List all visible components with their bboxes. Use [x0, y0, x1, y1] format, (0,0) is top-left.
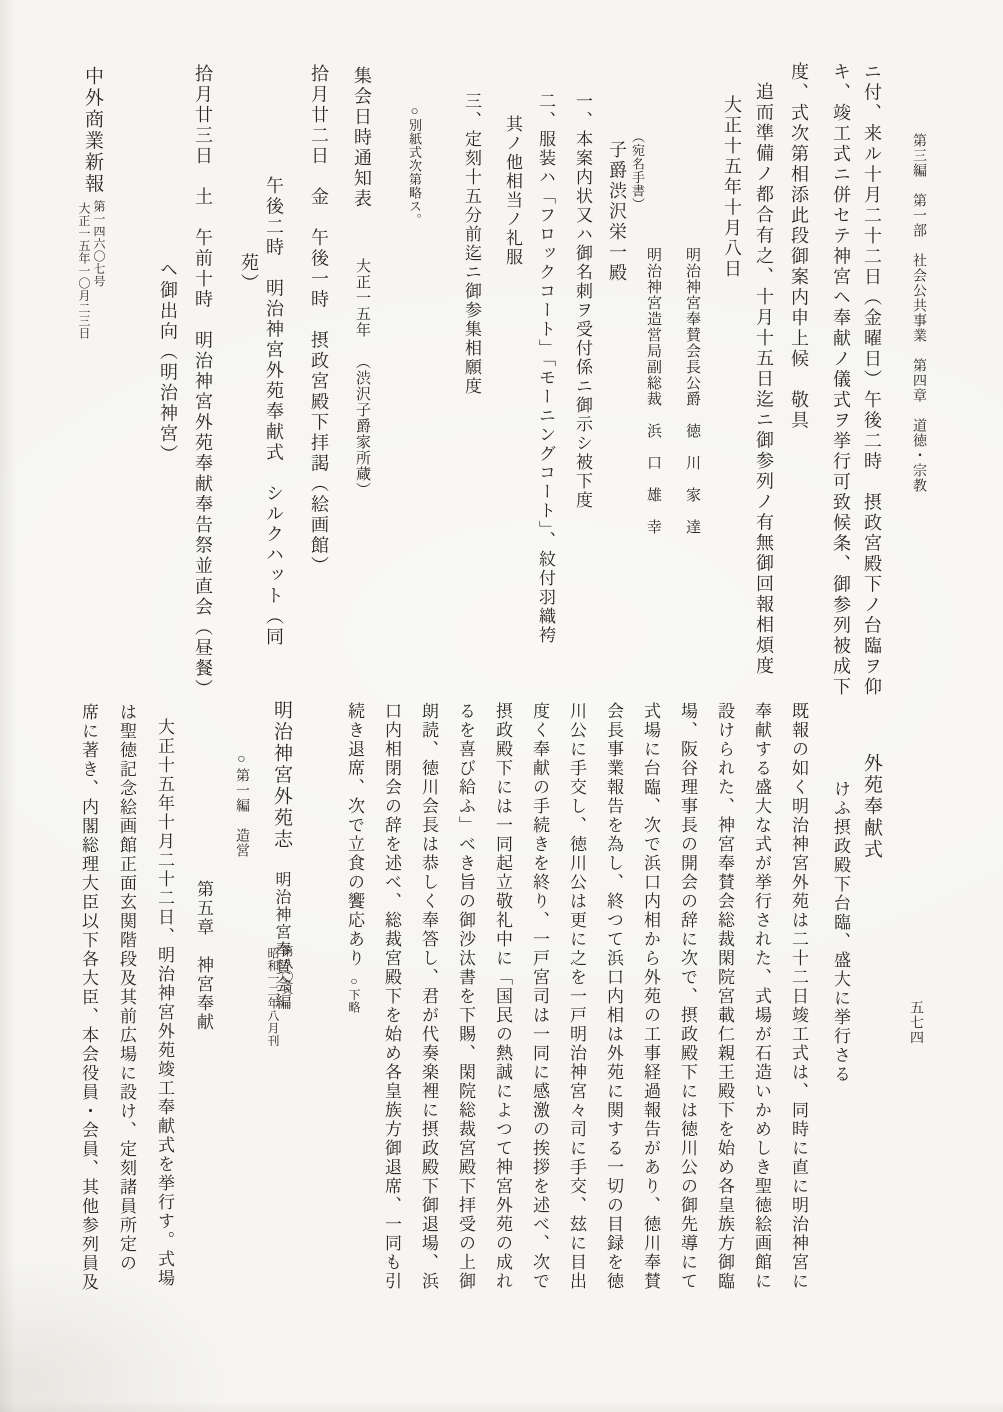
schedule-title-column: 集会日時通知表大正一五年（渋沢子爵家所蔵） — [352, 66, 371, 498]
article-body-line: 既報の如く明治神宮外苑は二十二日竣工式は、同時に直に明治神宮に — [789, 702, 807, 1291]
article-body-line: 摂政殿下には一同起立敬礼中に「国民の熱誠によつて神宮外苑の成れ — [493, 702, 511, 1291]
document-page: 第三編 第一部 社会公共事業 第四章 道徳・宗教 ニ付、来ル十月二十二日（金曜日… — [0, 0, 1003, 1412]
article-body-line: 設けられた、神宮奉賛会総裁閑院宮載仁親王殿下を始め各皇族方御臨 — [715, 702, 733, 1291]
schedule-year: 大正一五年 — [354, 258, 370, 338]
article-body-line: るを喜び給ふ」べき旨の御沙汰書を下賜、閑院総裁宮殿下拝受の上御 — [456, 702, 474, 1291]
book-title: 明治神宮外苑志 — [271, 700, 292, 851]
schedule-row: 拾月廿三日 土 午前十時 明治神宮外苑奉献奉告祭並直会（昼餐） — [193, 64, 212, 700]
addressee-note: （宛名手書） — [630, 130, 644, 211]
schedule-row: 拾月廿二日 金 午後一時 摂政宮殿下拝謁（絵画館） — [309, 64, 328, 577]
article-body-line: 奉献する盛大な式が挙行された、式場が石造いかめしき聖徳絵画館に — [752, 702, 770, 1291]
article-subtitle: けふ摂政殿下台臨、盛大に挙行さる — [831, 780, 849, 1084]
page-number: 五七四 — [908, 1000, 923, 1045]
schedule-row: 午後二時 明治神宮外苑奉献式 シルクハット（同 — [264, 176, 283, 648]
running-header: 第三編 第一部 社会公共事業 第四章 道徳・宗教 — [911, 133, 926, 493]
article-body-line: 朗読、徳川会長は恭しく奉答し、君が代奏楽裡に摂政殿下御退場、浜 — [419, 702, 437, 1291]
article-body-line: 度く奉献の手続きを終り、一戸宮司は一同に感激の挨拶を述べ、次で — [530, 702, 548, 1291]
invitation-body-line: 度、式次第相添此段御案内申上候 敬具 — [789, 62, 808, 431]
article-title: 外苑奉献式 — [860, 753, 881, 861]
article-end-note: ○下略 — [347, 974, 361, 1014]
book-body-line: は聖徳記念絵画館正面玄関階段及其前広場に設け、定刻諸員所定の — [117, 703, 135, 1273]
addressee-name: 子爵渋沢栄一殿 — [607, 140, 626, 284]
invitation-body-line: ニ付、来ル十月二十二日（金曜日）午後二時 摂政宮殿下ノ台臨ヲ仰 — [862, 62, 881, 698]
source-newspaper-date: 大正一五年一〇月二三日 — [77, 202, 90, 340]
invitation-note-line: 一、本案内状又ハ御名刺ヲ受付係ニ御示シ被下度 — [573, 92, 591, 510]
article-body-line: 式場に台臨、次で浜口内相から外苑の工事経過報告があり、徳川奉賛 — [641, 702, 659, 1291]
schedule-row-wrap: ヘ御出向（明治神宮） — [158, 260, 177, 465]
invitation-body-line: キ、竣工式ニ併セテ神宮ヘ奉献ノ儀式ヲ挙行可致候条、御参列被成下 — [831, 62, 850, 698]
article-body-last-line: 続き退席、次で立食の饗応あり○下略 — [345, 702, 363, 1014]
signature-hamaguchi: 明治神宮造営局副総裁 浜 口 雄 幸 — [645, 247, 661, 535]
article-body-line: 口内相閉会の辞を述べ、総裁宮殿下を始め各皇族方御退席、一同も引 — [382, 702, 400, 1291]
invitation-postscript-line: 追而準備ノ都合有之、十月十五日迄ニ御参列ノ有無御回報相煩度 — [754, 82, 773, 677]
article-body-line: 川公に手交し、徳川公は更に之を一戸明治神宮々司に手交、玆に目出 — [567, 702, 585, 1291]
invitation-note-line: 其ノ他相当ノ礼服 — [503, 115, 521, 267]
article-body-text: 続き退席、次で立食の饗応あり — [345, 702, 364, 968]
book-chapter-heading: 第五章 神宮奉献 — [194, 880, 212, 1032]
signature-tokugawa: 明治神宮奉賛会長公爵 徳 川 家 達 — [684, 247, 700, 535]
source-newspaper-name: 中外商業新報 — [81, 66, 102, 195]
invitation-date-line: 大正十五年十月八日 — [722, 95, 741, 280]
book-body-line: 大正十五年十月二十二日、明治神宮外苑竣工奉献式を挙行す。式場 — [155, 718, 173, 1288]
book-part-heading: ○第一編 造営 — [234, 752, 249, 858]
article-body-line: 会長事業報告を為し、終つて浜口内相は外苑に関する一切の目録を徳 — [604, 702, 622, 1291]
article-body-line: 場、阪谷理事長の開会の辞に次で、摂政殿下には徳川公の御先導にて — [678, 702, 696, 1291]
schedule-row-wrap: 苑） — [239, 253, 258, 294]
book-page-ref: 第八〇頁 — [280, 945, 293, 995]
invitation-note-line: 三、定刻十五分前迄ニ御参集相願度 — [462, 92, 480, 396]
source-newspaper-issue: 第一四六〇七号 — [92, 200, 105, 288]
schedule-source: （渋沢子爵家所蔵） — [354, 354, 370, 498]
schedule-title: 集会日時通知表 — [352, 66, 372, 210]
book-body-line: 席に著き、内閣総理大臣以下各大臣、本会役員・会員、其他参列員及 — [79, 703, 97, 1292]
appendix-note: ○別紙式次第略ス。 — [407, 103, 421, 227]
book-pub-date: 昭和一二年八月刊 — [266, 947, 279, 1047]
invitation-note-line: 二、服装ハ「フロックコート」「モーニングコート」、紋付羽織袴 — [536, 92, 554, 645]
